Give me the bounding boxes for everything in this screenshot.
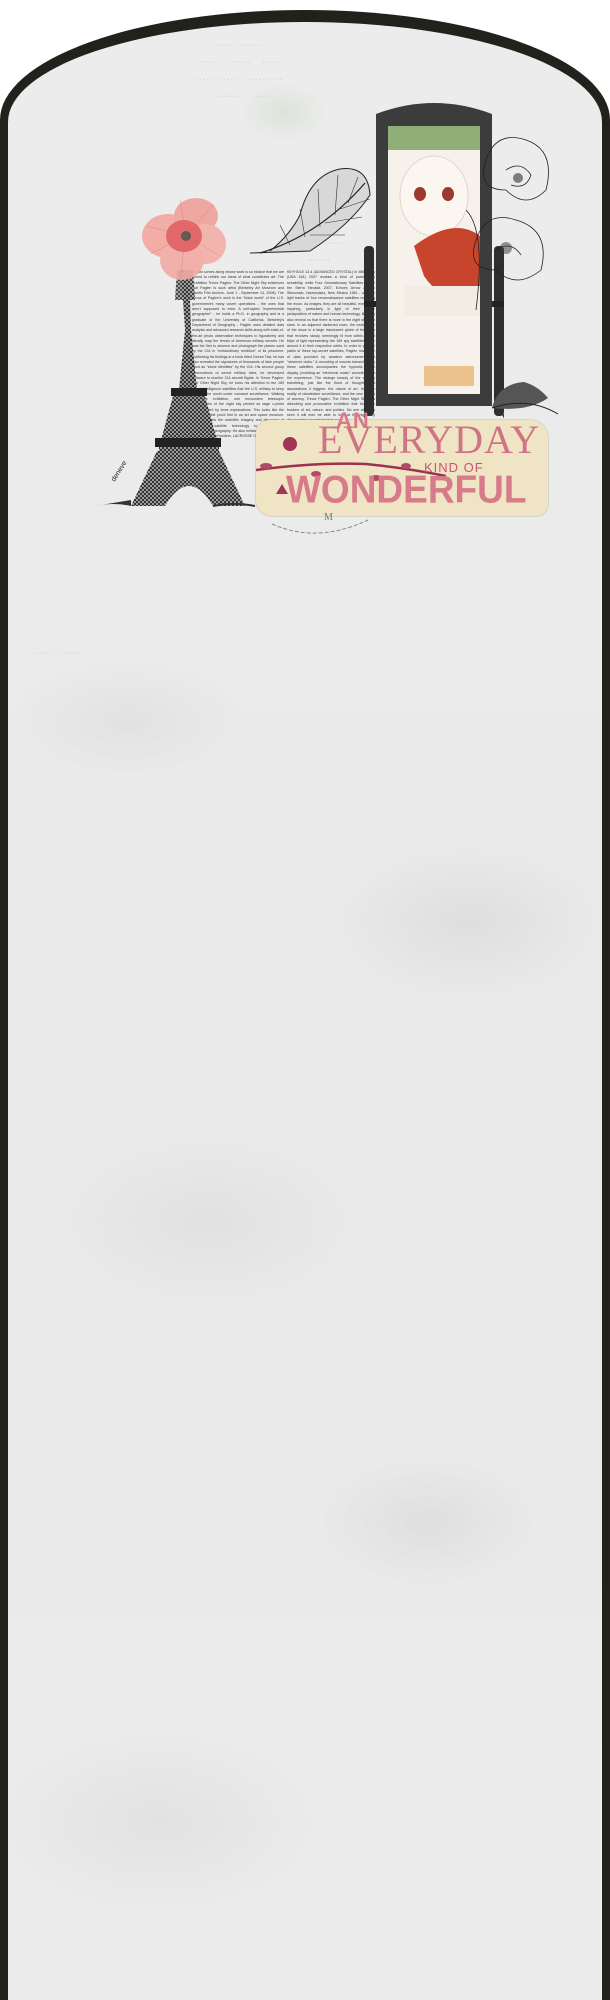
postmark-stamp: M <box>262 500 372 540</box>
svg-text:M: M <box>324 512 333 523</box>
faint-leaf-decoration <box>238 82 328 142</box>
sticker-text-everyday: EVERYDAY <box>318 420 540 460</box>
poppy-flower-illustration <box>140 196 230 286</box>
flower-sketch-illustration <box>466 130 556 330</box>
faint-background-text: ..... ...... <box>28 642 81 659</box>
article-column-2: KEYHOLE 12-4 (ADVANCED CRYSTAL) in Milky… <box>287 270 375 424</box>
feather-illustration <box>250 165 375 265</box>
small-feather-illustration <box>488 378 560 418</box>
